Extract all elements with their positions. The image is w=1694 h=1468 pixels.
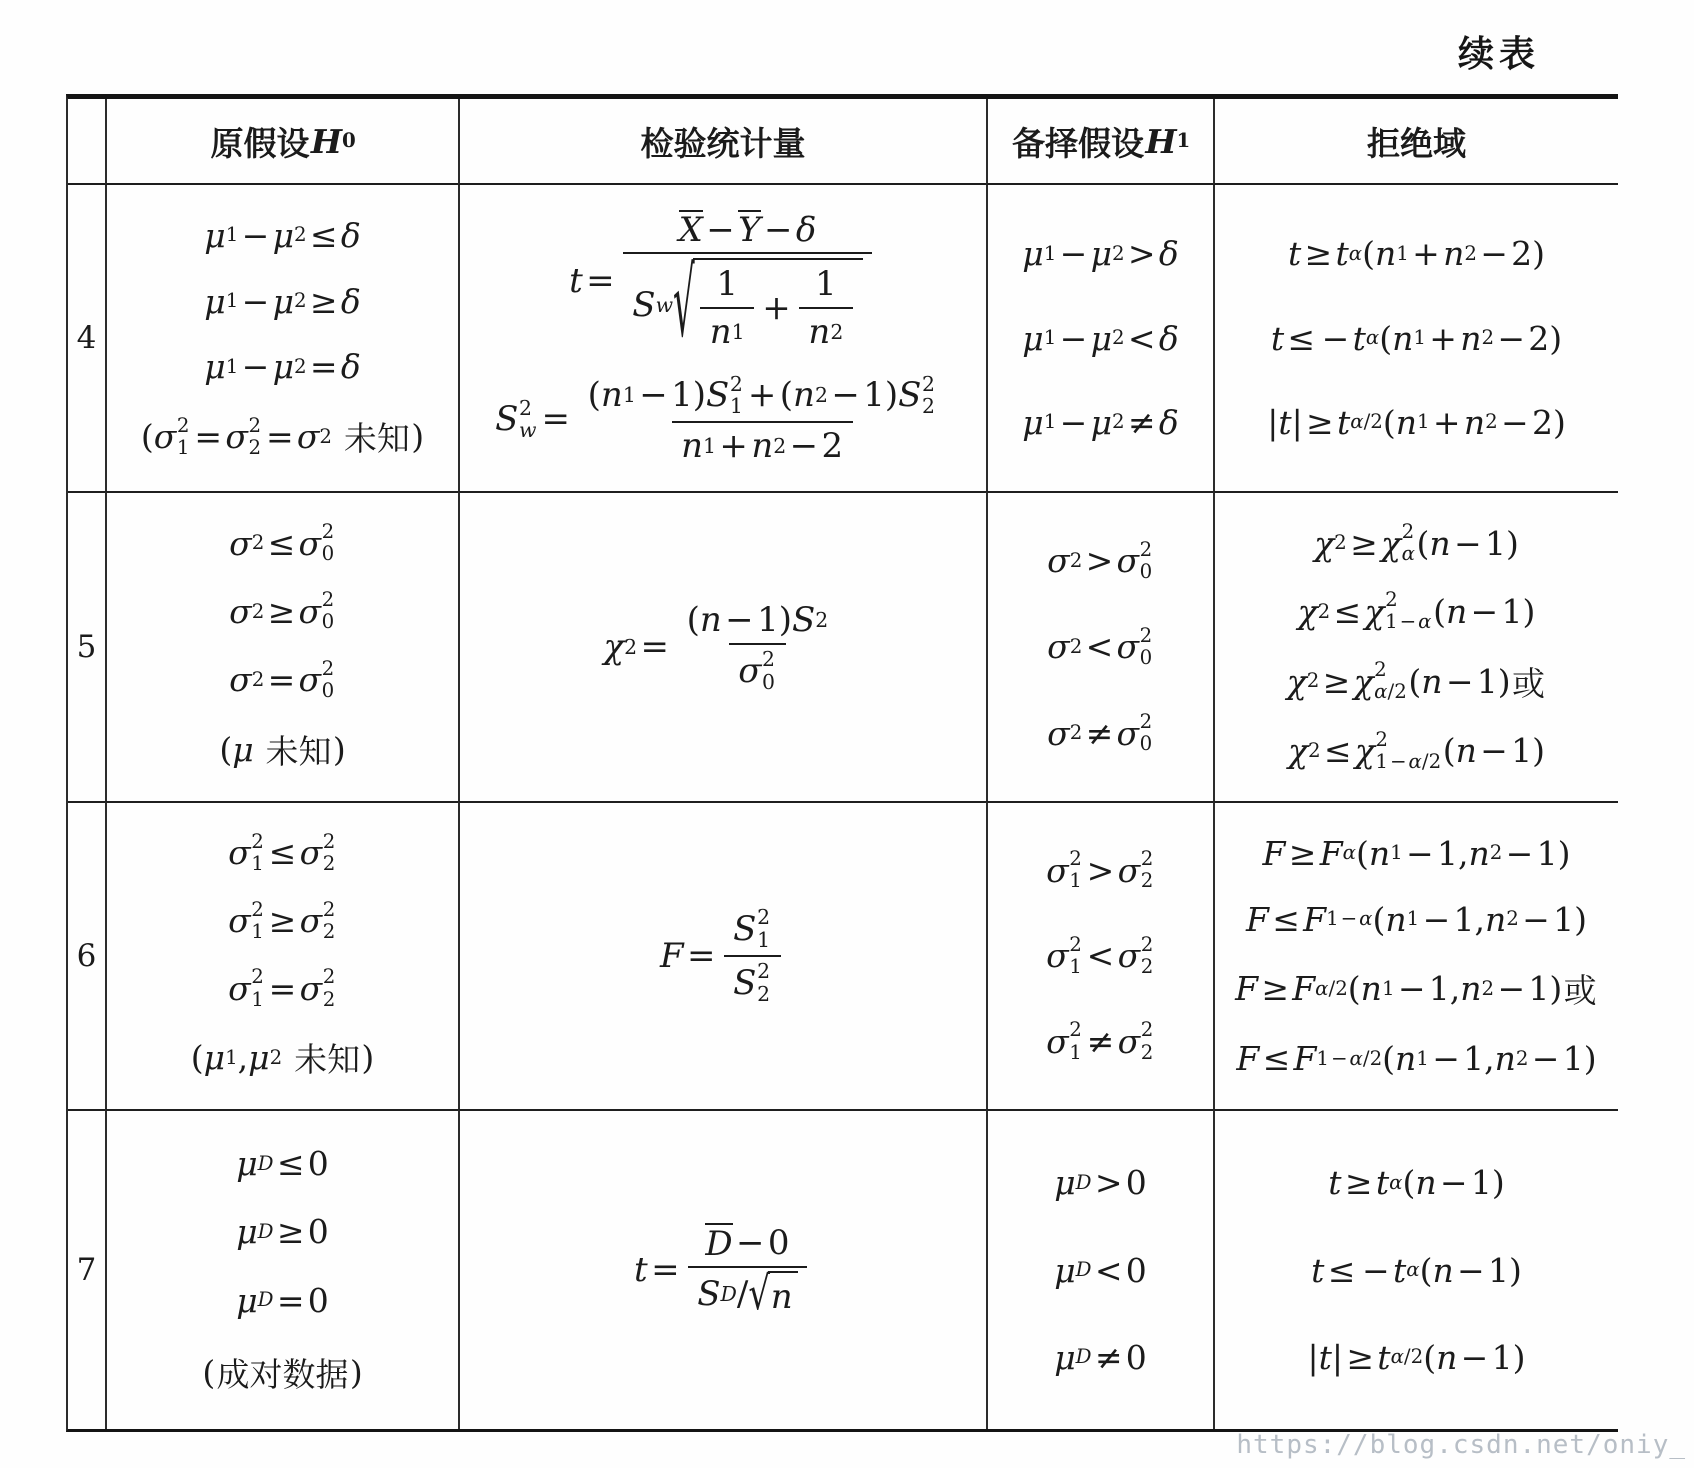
row-number-cell: 7	[68, 1109, 105, 1429]
formula-line: σ21<σ22	[1046, 934, 1155, 978]
formula-line: σ21≠σ22	[1046, 1019, 1155, 1063]
alt-hypothesis-cell: σ21>σ22σ21<σ22σ21≠σ22	[986, 801, 1213, 1109]
alt-hypothesis-cell: μ1−μ2>δμ1−μ2<δμ1−μ2≠δ	[986, 185, 1213, 491]
null-hypothesis-cell: μD≤0μD≥0μD=0(成对数据)	[105, 1109, 458, 1429]
formula-line: (μ未知)	[219, 726, 345, 773]
formula-line: χ2≤χ21−α(n−1)	[1298, 589, 1536, 633]
formula-line: σ21>σ22	[1046, 848, 1155, 892]
formula-line: σ21=σ22	[228, 966, 337, 1010]
scanned-textbook-page: 续表 原假设 H0 检验统计量 备择假设 H1 拒绝域 4μ1−μ2≤δμ1−μ…	[0, 0, 1694, 1468]
test-statistic-cell: χ2=(n−1)S2σ20	[458, 491, 986, 801]
formula-line: (μ1,μ2未知)	[191, 1034, 375, 1081]
formula-line: S2w=(n1−1)S21+(n2−1)S22n1+n2−2	[495, 373, 951, 467]
formula-line: μD≠0	[1054, 1338, 1147, 1377]
formula-line: σ2>σ20	[1047, 539, 1154, 583]
formula-line: μD=0	[236, 1281, 329, 1320]
formula-line: μ1−μ2≥δ	[204, 282, 360, 321]
formula-line: μ1−μ2>δ	[1022, 234, 1178, 273]
null-hypothesis-cell: μ1−μ2≤δμ1−μ2≥δμ1−μ2=δ(σ21=σ22=σ2未知)	[105, 185, 458, 491]
continued-table-label: 续表	[1458, 26, 1540, 77]
header-cell-empty	[68, 99, 105, 185]
formula-line: F≤F1−α/2(n1−1,n2−1)	[1236, 1039, 1596, 1078]
alt-hypothesis-cell: σ2>σ20σ2<σ20σ2≠σ20	[986, 491, 1213, 801]
formula-line: (成对数据)	[202, 1349, 362, 1396]
formula-line: μ1−μ2≠δ	[1022, 403, 1178, 442]
null-hypothesis-cell: σ21≤σ22σ21≥σ22σ21=σ22(μ1,μ2未知)	[105, 801, 458, 1109]
formula-line: σ2<σ20	[1047, 625, 1154, 669]
test-statistic-cell: t=X−Y−δSw√1n1+1n2S2w=(n1−1)S21+(n2−1)S22…	[458, 185, 986, 491]
test-statistic-cell: F=S21S22	[458, 801, 986, 1109]
watermark-url: https://blog.csdn.net/oniy_	[1236, 1430, 1686, 1460]
formula-line: μ1−μ2=δ	[204, 347, 360, 386]
formula-line: σ2≤σ20	[229, 521, 336, 565]
formula-line: t=D−0SD/√n	[634, 1223, 812, 1317]
rejection-region-cell: t≥tα(n1+n2−2)t≤−tα(n1+n2−2)|t|≥tα/2(n1+n…	[1213, 185, 1618, 491]
formula-line: 4	[77, 320, 97, 356]
rejection-region-cell: χ2≥χ2α(n−1)χ2≤χ21−α(n−1)χ2≥χ2α/2(n−1)或χ2…	[1213, 491, 1618, 801]
formula-line: F≥Fα/2(n1−1,n2−1)或	[1235, 965, 1598, 1012]
header-cell-null-hypothesis: 原假设 H0	[105, 99, 458, 185]
formula-line: μD≤0	[236, 1144, 329, 1183]
hypothesis-test-table: 原假设 H0 检验统计量 备择假设 H1 拒绝域 4μ1−μ2≤δμ1−μ2≥δ…	[66, 94, 1618, 1432]
rejection-region-cell: t≥tα(n−1)t≤−tα(n−1)|t|≥tα/2(n−1)	[1213, 1109, 1618, 1429]
test-statistic-cell: t=D−0SD/√n	[458, 1109, 986, 1429]
formula-line: t≤−tα(n−1)	[1311, 1251, 1522, 1290]
formula-line: σ2=σ20	[229, 658, 336, 702]
formula-line: μD>0	[1054, 1163, 1147, 1202]
formula-line: σ2≥σ20	[229, 589, 336, 633]
formula-line: (σ21=σ22=σ2未知)	[141, 413, 424, 460]
formula-line: F≥Fα(n1−1,n2−1)	[1263, 834, 1571, 873]
formula-line: χ2≤χ21−α/2(n−1)	[1288, 729, 1545, 773]
row-number-cell: 6	[68, 801, 105, 1109]
formula-line: t≥tα(n1+n2−2)	[1288, 234, 1545, 273]
formula-line: μD≥0	[236, 1212, 329, 1251]
null-hypothesis-cell: σ2≤σ20σ2≥σ20σ2=σ20(μ未知)	[105, 491, 458, 801]
formula-line: χ2≥χ2α/2(n−1)或	[1287, 658, 1547, 705]
header-cell-rejection-region: 拒绝域	[1213, 99, 1618, 185]
formula-line: 6	[77, 938, 97, 974]
row-number-cell: 4	[68, 185, 105, 491]
rejection-region-cell: F≥Fα(n1−1,n2−1)F≤F1−α(n1−1,n2−1)F≥Fα/2(n…	[1213, 801, 1618, 1109]
formula-line: |t|≥tα/2(n−1)	[1308, 1338, 1526, 1377]
formula-line: t≤−tα(n1+n2−2)	[1271, 319, 1562, 358]
formula-line: χ2=(n−1)S2σ20	[603, 600, 842, 694]
formula-line: t=X−Y−δSw√1n1+1n2	[569, 210, 877, 352]
alt-hypothesis-cell: μD>0μD<0μD≠0	[986, 1109, 1213, 1429]
formula-line: σ2≠σ20	[1047, 711, 1154, 755]
formula-line: |t|≥tα/2(n1+n2−2)	[1267, 403, 1566, 442]
row-number-cell: 5	[68, 491, 105, 801]
header-cell-test-statistic: 检验统计量	[458, 99, 986, 185]
formula-line: F=S21S22	[660, 906, 786, 1005]
formula-line: μD<0	[1054, 1251, 1147, 1290]
formula-line: 7	[77, 1252, 97, 1288]
formula-line: μ1−μ2<δ	[1022, 319, 1178, 358]
formula-line: σ21≤σ22	[228, 831, 337, 875]
formula-line: 5	[77, 629, 97, 665]
formula-line: σ21≥σ22	[228, 899, 337, 943]
formula-line: t≥tα(n−1)	[1328, 1163, 1504, 1202]
formula-line: χ2≥χ2α(n−1)	[1314, 521, 1519, 565]
formula-line: μ1−μ2≤δ	[204, 216, 360, 255]
header-cell-alt-hypothesis: 备择假设 H1	[986, 99, 1213, 185]
formula-line: F≤F1−α(n1−1,n2−1)	[1246, 900, 1587, 939]
